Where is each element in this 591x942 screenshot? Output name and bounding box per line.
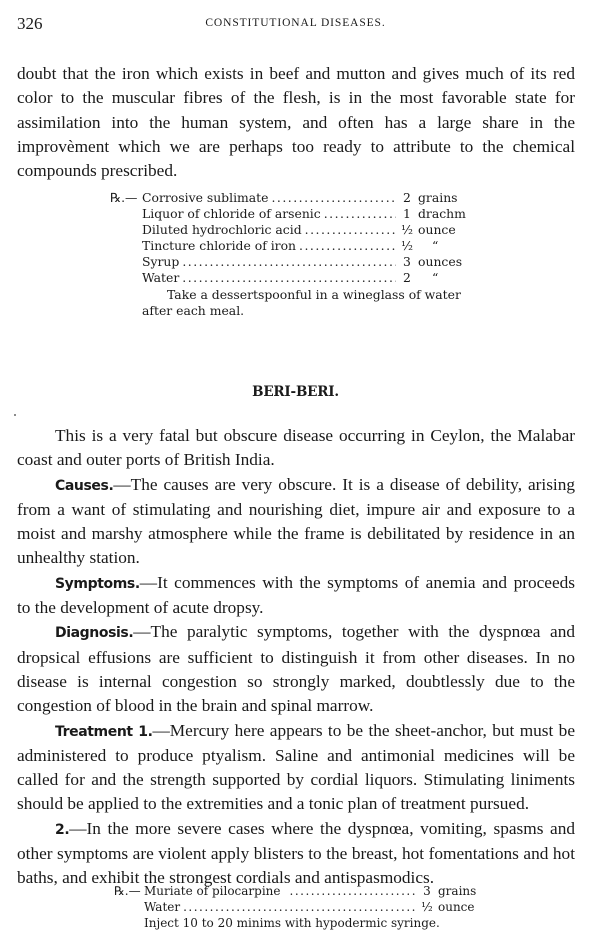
rx-line: Diluted hydrochloric acid ..............… <box>110 222 478 238</box>
paragraph-intro: This is a very fatal but obscure disease… <box>17 424 575 473</box>
rx-ingredient: Water <box>144 899 180 915</box>
diagnosis-heading: Diagnosis. <box>55 625 133 641</box>
leader-dots: ........................................… <box>180 899 416 915</box>
rx-quantity: ½ <box>416 899 438 915</box>
rx-unit: grains <box>418 190 478 206</box>
rx-quantity: 2 <box>396 190 418 206</box>
rx-ingredient: Corrosive sublimate <box>142 190 268 206</box>
rx-line: Water ..................................… <box>110 270 478 286</box>
paragraph-diagnosis: Diagnosis.—The paralytic symptoms, toget… <box>17 620 575 718</box>
rx-line: Water ..................................… <box>114 899 488 915</box>
rx-line: ℞.— Corrosive sublimate ................… <box>110 190 478 206</box>
intro-paragraph-block: doubt that the iron which exists in beef… <box>17 62 575 183</box>
running-title: CONSTITUTIONAL DISEASES. <box>17 17 574 29</box>
leader-dots: ........................................… <box>302 222 396 238</box>
rx-quantity: ½ <box>396 238 418 254</box>
rx-quantity: 3 <box>396 254 418 270</box>
section-title: BERI-BERI. <box>0 384 591 400</box>
paragraph-causes: Causes.—The causes are very obscure. It … <box>17 473 575 571</box>
leader-dots: ........................................… <box>296 238 396 254</box>
rx-directions: Take a dessertspoonful in a wineglass of… <box>110 287 478 303</box>
rx-unit: “ <box>418 238 478 254</box>
leader-dots: ........................................… <box>179 270 396 286</box>
rx-ingredient: Muriate of pilocarpine <box>144 883 281 899</box>
rx-quantity: ½ <box>396 222 418 238</box>
rx-quantity: 2 <box>396 270 418 286</box>
symptoms-heading: Symptoms. <box>55 576 140 592</box>
rx-quantity: 3 <box>416 883 438 899</box>
rx-line: Tincture chloride of iron ..............… <box>110 238 478 254</box>
book-page: 326 CONSTITUTIONAL DISEASES. doubt that … <box>0 0 591 942</box>
rx-unit: grains <box>438 883 488 899</box>
rx-line: ℞.— Muriate of pilocarpine .............… <box>114 883 488 899</box>
rx-ingredient: Diluted hydrochloric acid <box>142 222 302 238</box>
causes-heading: Causes. <box>55 478 113 494</box>
prescription-1: ℞.— Corrosive sublimate ................… <box>110 190 478 319</box>
rx-quantity: 1 <box>396 206 418 222</box>
running-header: 326 CONSTITUTIONAL DISEASES. <box>17 14 574 34</box>
treatment-2-number: 2. <box>55 822 69 838</box>
leader-dots: ........................................… <box>281 883 416 899</box>
rx-unit: drachm <box>418 206 478 222</box>
rx-unit: ounce <box>438 899 488 915</box>
section-body: This is a very fatal but obscure disease… <box>17 424 575 891</box>
rx-ingredient: Liquor of chloride of arsenic <box>142 206 321 222</box>
paragraph-treatment-1: Treatment 1.—Mercury here appears to be … <box>17 719 575 817</box>
rx-symbol: ℞.— <box>110 190 142 206</box>
rx-ingredient: Syrup <box>142 254 179 270</box>
rx-symbol: ℞.— <box>114 883 144 899</box>
rx-line: Liquor of chloride of arsenic ..........… <box>110 206 478 222</box>
leader-dots: ........................................… <box>179 254 396 270</box>
paragraph-treatment-2: 2.—In the more severe cases where the dy… <box>17 817 575 891</box>
leader-dots: ........................................… <box>321 206 396 222</box>
rx-directions: Inject 10 to 20 minims with hypodermic s… <box>114 915 488 931</box>
rx-unit: ounce <box>418 222 478 238</box>
leader-dots: ........................................… <box>268 190 396 206</box>
rx-ingredient: Water <box>142 270 179 286</box>
treatment-heading: Treatment 1. <box>55 724 153 740</box>
intro-paragraph: doubt that the iron which exists in beef… <box>17 62 575 183</box>
rx-unit: ounces <box>418 254 478 270</box>
prescription-2: ℞.— Muriate of pilocarpine .............… <box>114 883 488 931</box>
rx-unit: “ <box>418 270 478 286</box>
paragraph-symptoms: Symptoms.—It commences with the symptoms… <box>17 571 575 621</box>
print-speck <box>14 414 16 416</box>
rx-ingredient: Tincture chloride of iron <box>142 238 296 254</box>
rx-line: Syrup ..................................… <box>110 254 478 270</box>
rx-directions-continued: after each meal. <box>110 303 478 319</box>
